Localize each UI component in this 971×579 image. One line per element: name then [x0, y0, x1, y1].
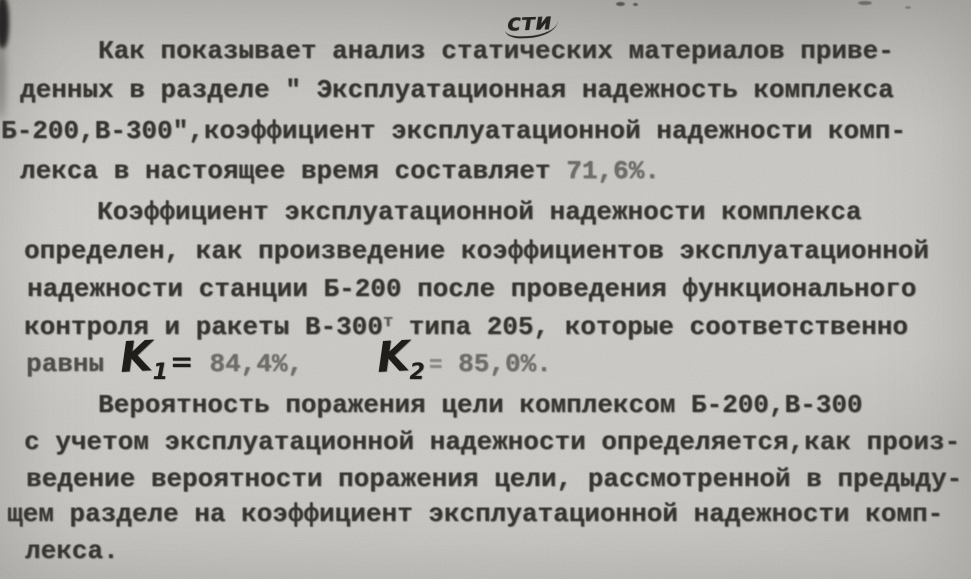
text-line: щем разделе на коэффициент эксплуатацион… [7, 499, 943, 529]
text-line: Коэффициент эксплуатационной надежности … [97, 197, 862, 227]
text-segment: равны [26, 349, 104, 379]
k2-subscript: 2 [410, 360, 425, 385]
k1-letter: K [119, 335, 154, 379]
text-line: определен, как произведение коэффициенто… [24, 236, 929, 266]
k1-formula: K1= [120, 336, 193, 385]
text-line: Вероятность поражения цели комплексом Б-… [98, 390, 863, 420]
text-line: денных в разделе " Эксплуатационная наде… [20, 75, 894, 105]
k1-subscript: 1 [153, 360, 168, 385]
handwritten-correction: сти [505, 9, 559, 39]
text-line: надежности станции Б-200 после проведени… [27, 274, 916, 304]
scan-speck [633, 3, 638, 6]
text-line: ведение вероятности поражения цели, расс… [26, 464, 962, 494]
scan-speck [616, 2, 625, 6]
scan-speck [905, 6, 911, 9]
text-line: с учетом эксплуатационной надежности опр… [24, 427, 960, 457]
scan-speck [858, 1, 872, 5]
text-line: лекса в настоящее время составляет 71,6%… [20, 156, 660, 186]
formula-line: равны K1= 84,4%, K2 = 85,0%. [26, 336, 552, 385]
k2-letter: K [376, 335, 411, 379]
superscript-t: т [383, 313, 393, 332]
k1-equals: = [170, 345, 193, 378]
scanned-document-page: сти Как показывает анализ статических ма… [0, 0, 971, 579]
k1-value: 84,4%, [209, 349, 303, 379]
text-line: Б-200,В-300",коэффициент эксплуатационно… [1, 116, 906, 146]
k2-value: 85,0%. [458, 349, 552, 379]
text-line: лекса. [25, 536, 119, 566]
k2-formula: K2 [377, 336, 425, 385]
text-segment: лекса в настоящее время составляет [20, 156, 566, 186]
text-line: Как показывает анализ статических матери… [98, 36, 894, 66]
k2-equals: = [429, 353, 442, 378]
reliability-percwhile-value: 71,6%. [566, 156, 660, 186]
